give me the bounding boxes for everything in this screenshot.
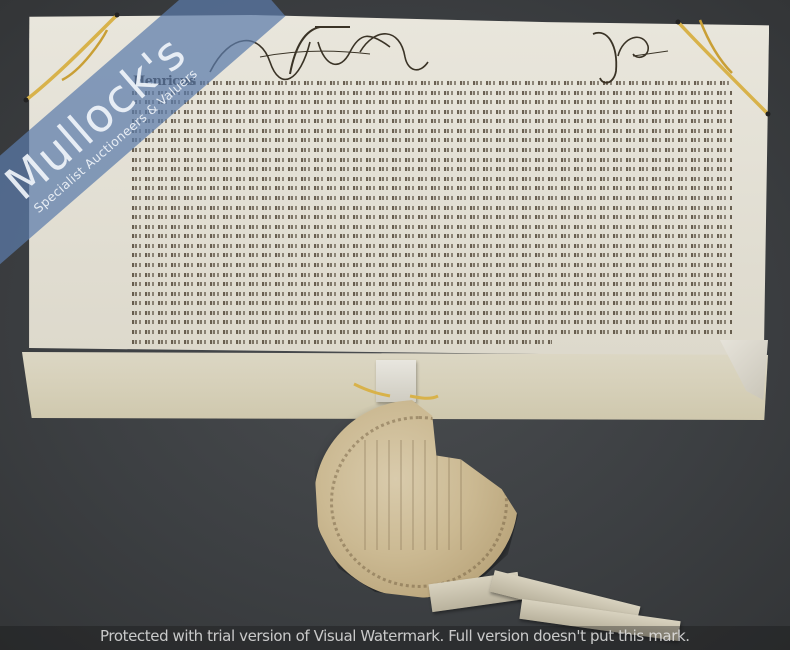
text-line [132, 88, 732, 97]
text-line [132, 155, 732, 164]
text-line [132, 126, 732, 135]
text-line [132, 279, 732, 288]
text-line [132, 116, 732, 125]
charter-text-block [132, 78, 732, 350]
text-line [132, 135, 732, 144]
text-line [132, 250, 732, 259]
text-line [132, 231, 732, 240]
text-line [132, 107, 732, 116]
text-line [132, 145, 732, 154]
text-line [132, 308, 732, 317]
text-line [132, 212, 732, 221]
text-line [132, 337, 552, 346]
text-line [132, 317, 732, 326]
text-line [132, 241, 732, 250]
photo-scene: Henricus [0, 0, 790, 650]
text-line [132, 193, 732, 202]
text-line [187, 78, 732, 87]
text-line [132, 270, 732, 279]
text-line [132, 298, 732, 307]
text-line [132, 260, 732, 269]
text-line [132, 222, 732, 231]
text-line [132, 97, 732, 106]
text-line [132, 183, 732, 192]
text-line [132, 174, 732, 183]
text-line [132, 164, 732, 173]
text-line [132, 327, 732, 336]
seal-relief-figures [364, 440, 464, 550]
trial-watermark-text: Protected with trial version of Visual W… [100, 627, 700, 645]
text-line [132, 289, 732, 298]
text-line [132, 203, 732, 212]
wax-seal [314, 400, 518, 598]
gold-cord-right [672, 18, 772, 122]
